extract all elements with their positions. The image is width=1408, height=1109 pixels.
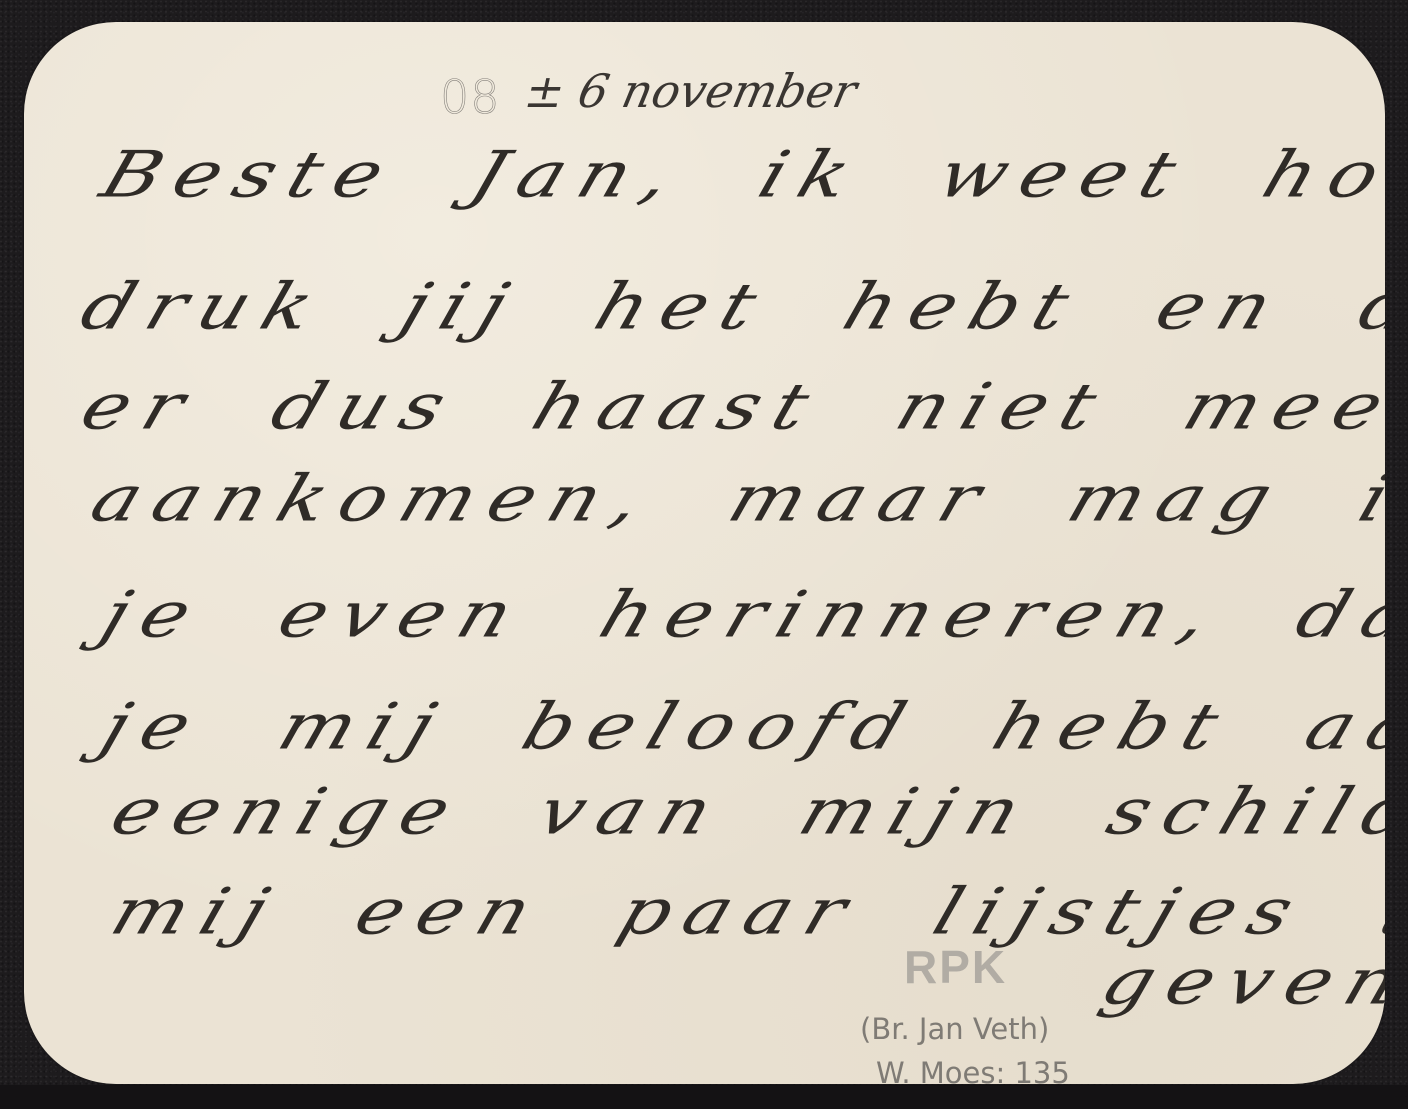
- letter-line-7: eenige van mijn schilderijen: [102, 775, 1385, 849]
- letter-date: ± 6 november: [520, 64, 861, 118]
- letter-line-1: Beste Jan, ik weet hoe: [92, 138, 1385, 212]
- letter-line-3: er dus haast niet mee: [72, 370, 1385, 444]
- letter-line-9: geven ?: [1092, 945, 1385, 1019]
- letter-card: 08 ± 6 november Beste Jan, ik weet hoe d…: [24, 22, 1385, 1084]
- letter-line-5: je even herinneren, dat: [92, 578, 1385, 652]
- letter-line-2: druk jij het hebt en durf: [72, 270, 1385, 344]
- scan-background-strip: [0, 1085, 1408, 1109]
- pencil-note-catalog-number: W. Moes: 135: [876, 1056, 1070, 1084]
- letter-line-6: je mij beloofd hebt aan: [92, 690, 1385, 764]
- pencil-note-correspondent: (Br. Jan Veth): [860, 1012, 1049, 1046]
- letter-line-8: mij een paar lijstjes te: [102, 875, 1385, 949]
- collection-stamp: RPK: [904, 940, 1007, 994]
- archive-number: 08: [440, 70, 501, 124]
- letter-line-4: aankomen, maar mag ik: [82, 462, 1385, 536]
